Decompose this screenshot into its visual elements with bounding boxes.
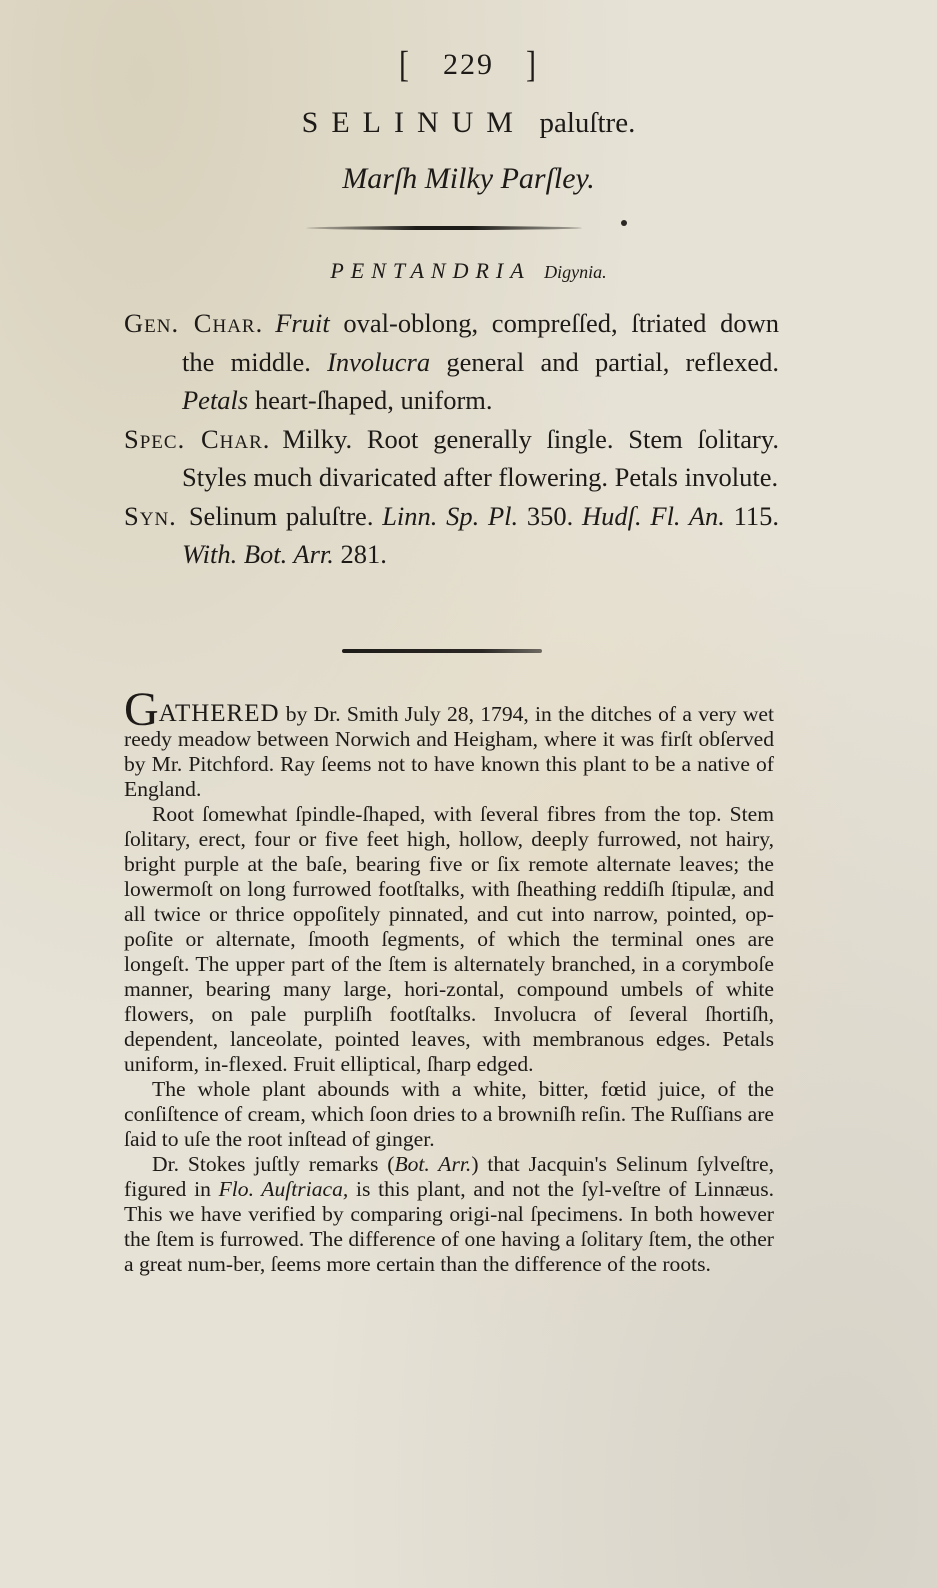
book-page: [229] SELINUM paluſtre. Marſh Milky Parſ… [0,0,937,1588]
paragraph-synonymy-note: Dr. Stokes juſtly remarks (Bot. Arr.) th… [124,1152,774,1277]
close-bracket: ] [526,44,538,87]
generic-char-term-involucra: Involucra [327,347,430,377]
common-name: Marſh Milky Parſley. [0,162,937,196]
section-rule [342,649,542,653]
description-body: GATHERED by Dr. Smith July 28, 1794, in … [124,693,774,1277]
characters-block: Gen. Char.Fruit oval-oblong, compreſſed,… [124,304,779,574]
class-name: PENTANDRIA [330,258,530,283]
synonym-text: Selinum paluſtre. [189,501,382,531]
paragraph-habitat: GATHERED by Dr. Smith July 28, 1794, in … [124,693,774,802]
synonym-reference: With. Bot. Arr. [182,539,334,569]
open-bracket: [ [399,44,411,87]
synonym-reference: Hudſ. Fl. An. [582,501,725,531]
species-epithet: paluſtre. [540,107,636,139]
paragraph-juice: The whole plant abounds with a white, bi… [124,1077,774,1152]
ink-speck [621,220,627,226]
genus-name: SELINUM [302,106,526,139]
paragraph-morphology: Root ſomewhat ſpindle-ſhaped, with ſever… [124,802,774,1077]
paragraph-text: Dr. Stokes juſtly remarks ( [152,1152,394,1176]
synonym-page: 350. [518,501,582,531]
generic-char-term-petals: Petals [182,385,248,415]
generic-character: Gen. Char.Fruit oval-oblong, compreſſed,… [124,304,779,420]
synonyms-label: Syn. [124,501,177,531]
page-number-value: 229 [443,48,494,81]
generic-char-text: heart-ſhaped, uniform. [248,385,492,415]
specific-character: Spec. Char.Milky. Root generally ſingle.… [124,420,779,497]
synonym-reference: Linn. Sp. Pl. [382,501,518,531]
specific-character-text: Milky. Root generally ſingle. Stem ſolit… [182,424,779,493]
order-name: Digynia. [544,262,607,282]
synonyms: Syn.Selinum paluſtre. Linn. Sp. Pl. 350.… [124,497,779,574]
synonym-page: 115. [725,501,779,531]
specific-character-label: Spec. Char. [124,424,270,454]
linnaean-classification: PENTANDRIA Digynia. [0,258,937,284]
synonym-page: 281. [334,539,387,569]
generic-char-text: general and partial, reflexed. [430,347,779,377]
species-title: SELINUM paluſtre. [0,106,937,140]
generic-char-term-fruit: Fruit [275,308,329,338]
page-number: [229] [0,48,937,82]
citation: Flo. Auſtriaca, [219,1177,349,1201]
generic-character-label: Gen. Char. [124,308,263,338]
opening-caps: ATHERED [159,700,280,727]
citation: Bot. Arr. [394,1152,471,1176]
ornamental-rule [306,226,582,230]
